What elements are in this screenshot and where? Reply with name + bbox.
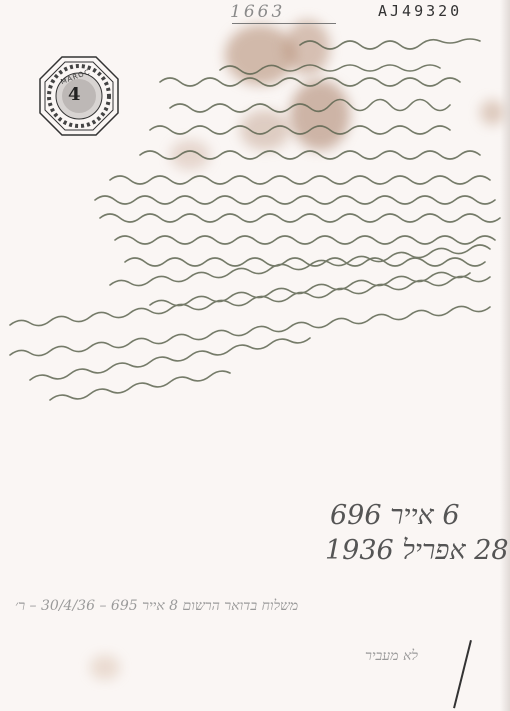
footnote-signature: לא מעביר <box>365 648 418 665</box>
registered-mail-note: משלוח בדואר הרשום 8 אייר 695 – 30/4/36 –… <box>15 598 298 615</box>
gregorian-date: 28 אפריל 1936 <box>325 535 509 566</box>
hebrew-date: 6 אייר 696 <box>330 500 460 531</box>
document-page: 1663 AJ49320 MAROC 4 <box>0 0 510 711</box>
